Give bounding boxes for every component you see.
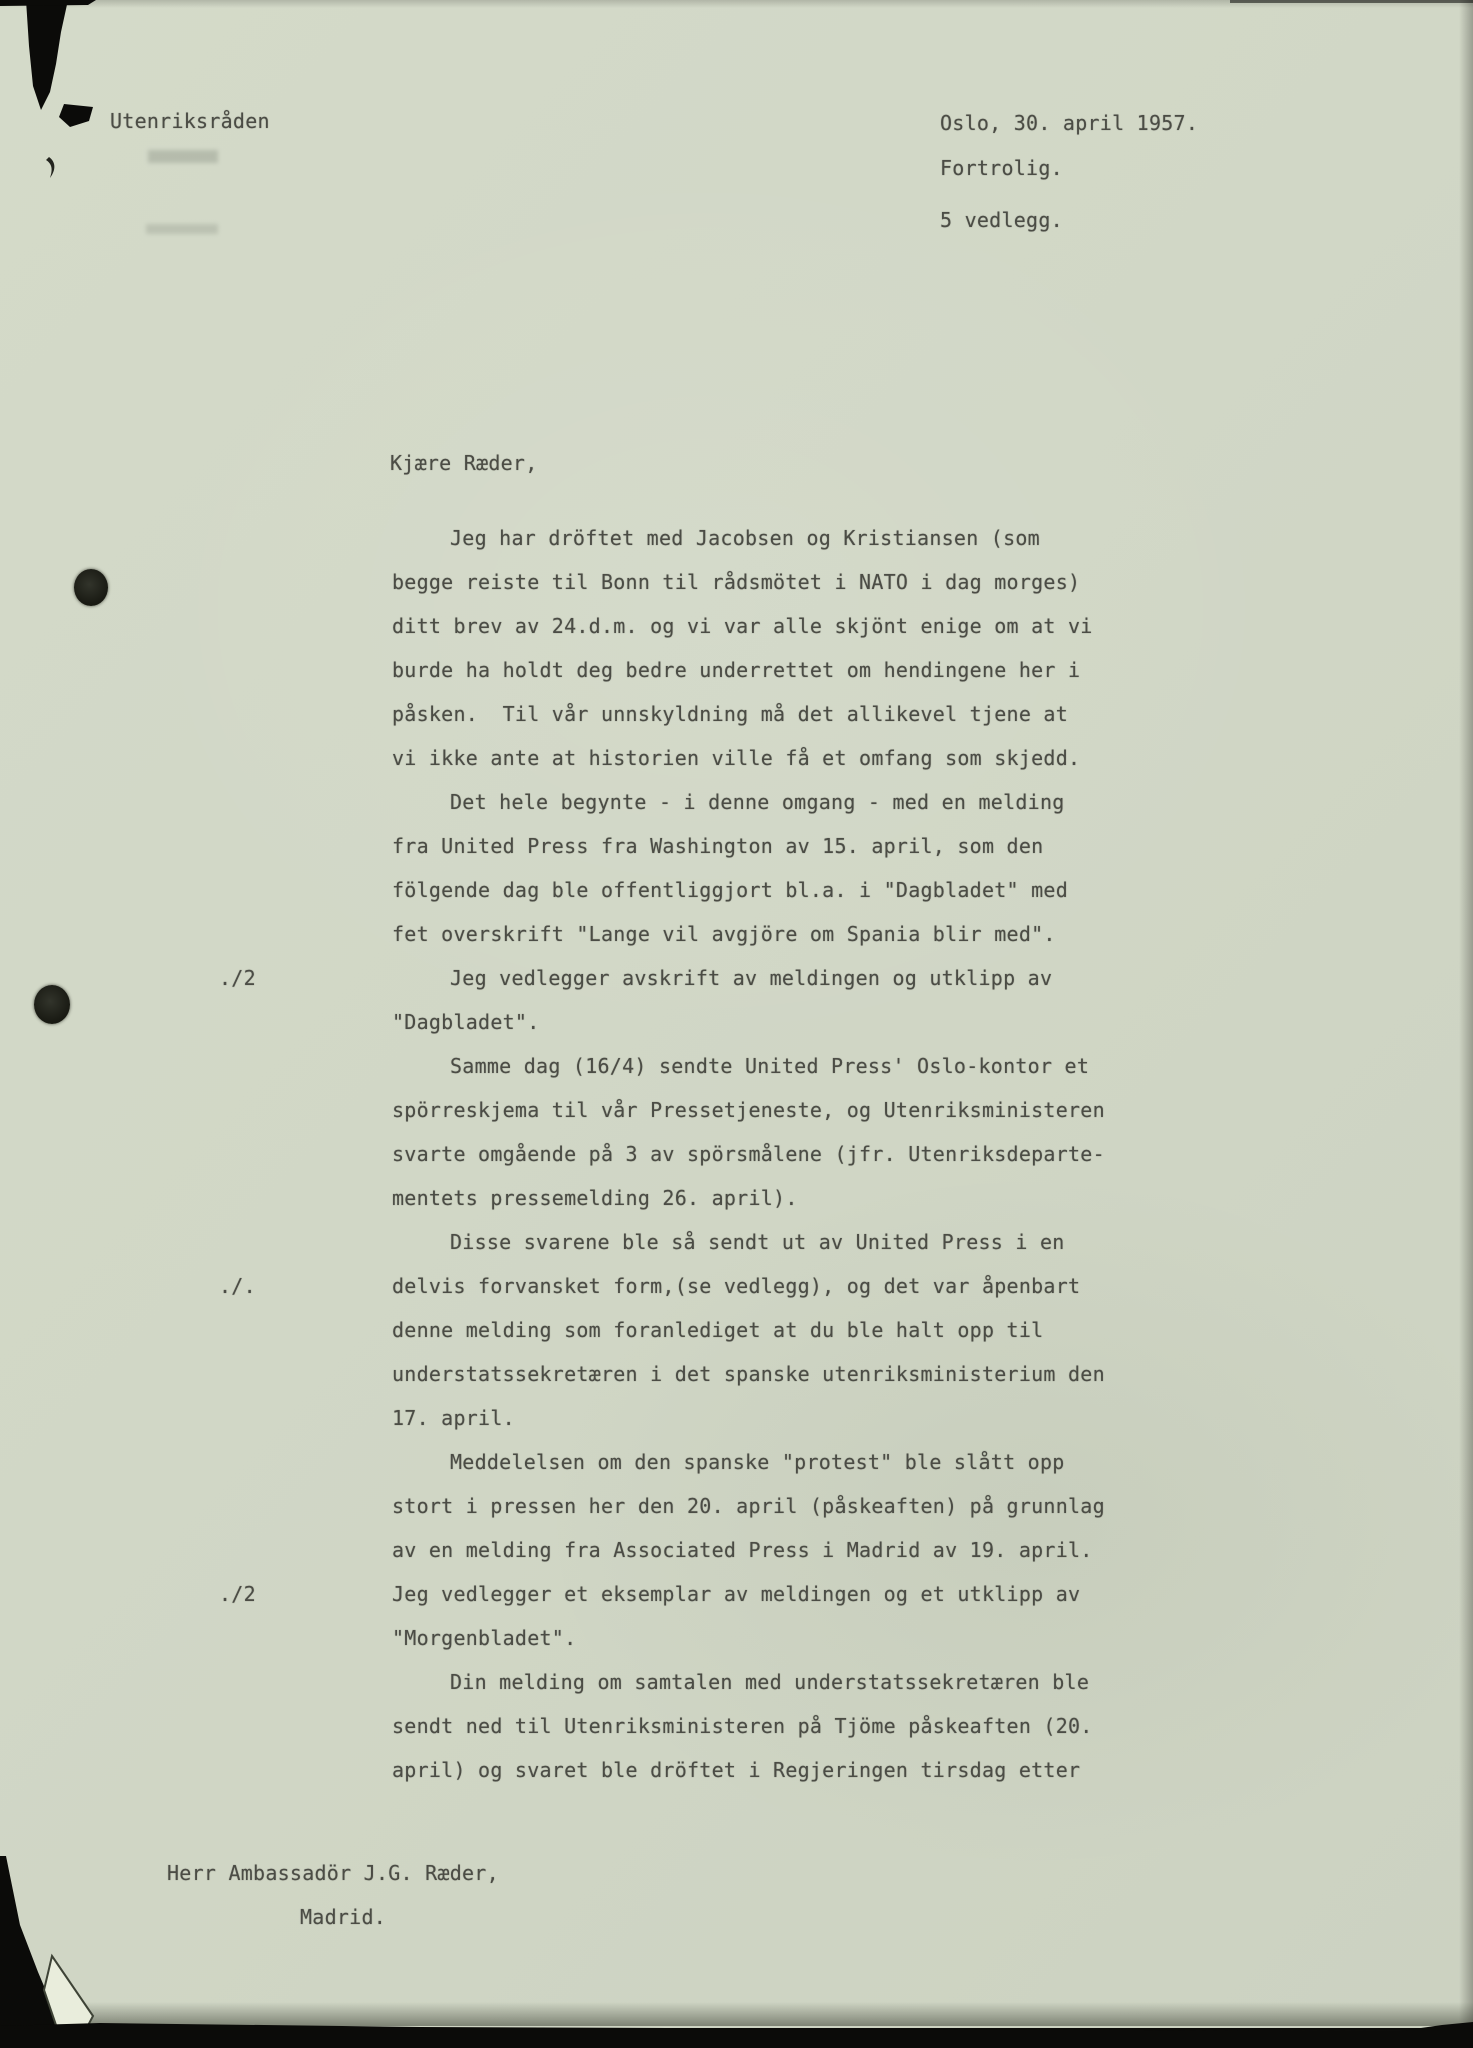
recipient-line: Madrid. [167, 1895, 499, 1939]
letter-line: ditt brev av 24.d.m. og vi var alle skjö… [392, 604, 1152, 648]
scanned-letter: Utenriksråden Oslo, 30. april 1957. Fort… [0, 0, 1473, 2048]
letter-line: denne melding som foranlediget at du ble… [392, 1308, 1152, 1352]
hole-punch [74, 569, 108, 606]
letter-line: 17. april. [392, 1396, 1152, 1440]
salutation: Kjære Ræder, [390, 441, 538, 485]
letter-line: fet overskrift "Lange vil avgjöre om Spa… [392, 912, 1152, 956]
letter-line: burde ha holdt deg bedre underrettet om … [392, 648, 1152, 692]
letter-line: Det hele begynte - i denne omgang - med … [392, 780, 1152, 824]
letter-line: Jeg vedlegger et eksemplar av meldingen … [392, 1572, 1152, 1616]
classification-label: Fortrolig. [940, 146, 1063, 190]
letter-line: fölgende dag ble offentliggjort bl.a. i … [392, 868, 1152, 912]
letter-line: spörreskjema til vår Pressetjeneste, og … [392, 1088, 1152, 1132]
pencil-smudge [148, 150, 218, 163]
letter-line: Jeg har dröftet med Jacobsen og Kristian… [392, 516, 1152, 560]
letter-line: april) og svaret ble dröftet i Regjering… [392, 1748, 1152, 1792]
hole-punch [34, 985, 70, 1024]
sender-name: Utenriksråden [110, 99, 270, 143]
letter-line: svarte omgående på 3 av spörsmålene (jfr… [392, 1132, 1152, 1176]
letter-line: sendt ned til Utenriksministeren på Tjöm… [392, 1704, 1152, 1748]
letter-line: Din melding om samtalen med understatsse… [392, 1660, 1152, 1704]
letter-line: begge reiste til Bonn til rådsmötet i NA… [392, 560, 1152, 604]
margin-note: ./2 [219, 1572, 256, 1616]
enclosure-note: 5 vedlegg. [940, 198, 1063, 242]
letter-line: delvis forvansket form,(se vedlegg), og … [392, 1264, 1152, 1308]
letter-line: mentets pressemelding 26. april). [392, 1176, 1152, 1220]
letter-line: understatssekretæren i det spanske utenr… [392, 1352, 1152, 1396]
letter-line: av en melding fra Associated Press i Mad… [392, 1528, 1152, 1572]
letter-line: Disse svarene ble så sendt ut av United … [392, 1220, 1152, 1264]
letter-line: Jeg vedlegger avskrift av meldingen og u… [392, 956, 1152, 1000]
letter-line: Samme dag (16/4) sendte United Press' Os… [392, 1044, 1152, 1088]
margin-note: ./2 [219, 956, 256, 1000]
pencil-smudge [146, 224, 218, 234]
letter-line: "Dagbladet". [392, 1000, 1152, 1044]
recipient-line: Herr Ambassadör J.G. Ræder, [167, 1851, 499, 1895]
place-and-date: Oslo, 30. april 1957. [940, 101, 1198, 145]
letter-line: påsken. Til vår unnskyldning må det alli… [392, 692, 1152, 736]
letter-body: Jeg har dröftet med Jacobsen og Kristian… [392, 516, 1152, 1792]
recipient-block: Herr Ambassadör J.G. Ræder,Madrid. [167, 1851, 499, 1939]
letter-line: vi ikke ante at historien ville få et om… [392, 736, 1152, 780]
page-bottom-shadow [0, 2002, 1473, 2026]
letter-page: Utenriksråden Oslo, 30. april 1957. Fort… [0, 0, 1473, 2028]
letter-line: Meddelelsen om den spanske "protest" ble… [392, 1440, 1152, 1484]
letter-line: stort i pressen her den 20. april (påske… [392, 1484, 1152, 1528]
margin-note: ./. [219, 1264, 256, 1308]
letter-line: "Morgenbladet". [392, 1616, 1152, 1660]
letter-line: fra United Press fra Washington av 15. a… [392, 824, 1152, 868]
